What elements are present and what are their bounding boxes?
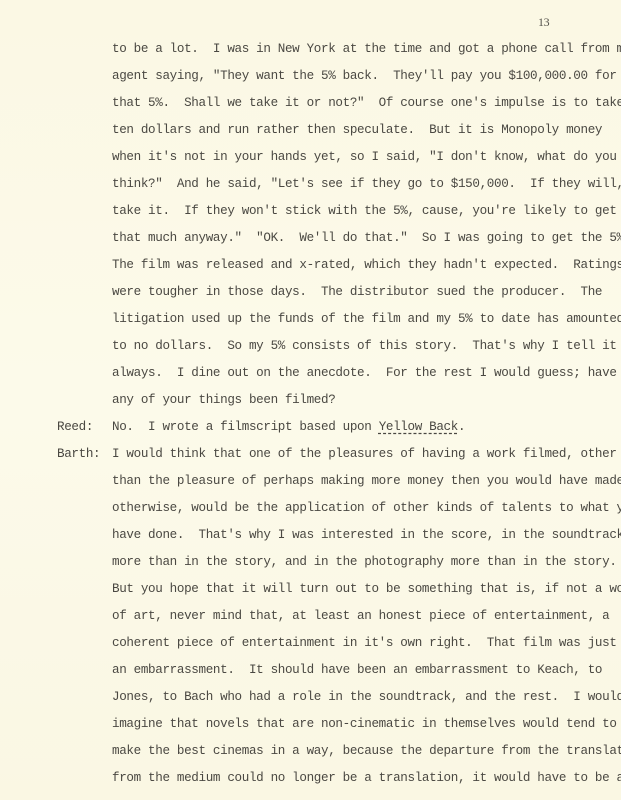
text-line: make the best cinemas in a way, because …	[112, 743, 621, 759]
text-line: otherwise, would be the application of o…	[112, 500, 621, 516]
text-line: think?" And he said, "Let's see if they …	[112, 176, 621, 192]
speaker-label-barth: Barth:	[57, 446, 100, 462]
text-line: always. I dine out on the anecdote. For …	[112, 365, 617, 381]
line-suffix: .	[458, 420, 465, 434]
page-number: 13	[538, 15, 549, 30]
text-line: No. I wrote a filmscript based upon Yell…	[112, 419, 465, 435]
text-line: take it. If they won't stick with the 5%…	[112, 203, 617, 219]
text-line: litigation used up the funds of the film…	[112, 311, 621, 327]
text-line: when it's not in your hands yet, so I sa…	[112, 149, 617, 165]
text-line: to no dollars. So my 5% consists of this…	[112, 338, 617, 354]
text-line: coherent piece of entertainment in it's …	[112, 635, 617, 651]
document-page: 13 to be a lot. I was in New York at the…	[0, 0, 621, 800]
text-line: an embarrassment. It should have been an…	[112, 662, 602, 678]
speaker-label-reed: Reed:	[57, 419, 93, 435]
text-line: more than in the story, and in the photo…	[112, 554, 617, 570]
text-line: imagine that novels that are non-cinemat…	[112, 716, 617, 732]
text-line: ten dollars and run rather then speculat…	[112, 122, 602, 138]
text-line: from the medium could no longer be a tra…	[112, 770, 621, 786]
text-line: any of your things been filmed?	[112, 392, 335, 408]
text-line: I would think that one of the pleasures …	[112, 446, 617, 462]
text-line: to be a lot. I was in New York at the ti…	[112, 41, 621, 57]
book-title: Yellow Back	[379, 420, 458, 434]
text-line: have done. That's why I was interested i…	[112, 527, 621, 543]
text-line: were tougher in those days. The distribu…	[112, 284, 602, 300]
text-line: that 5%. Shall we take it or not?" Of co…	[112, 95, 621, 111]
text-line: agent saying, "They want the 5% back. Th…	[112, 68, 617, 84]
text-line: of art, never mind that, at least an hon…	[112, 608, 609, 624]
text-line: The film was released and x-rated, which…	[112, 257, 621, 273]
text-line: than the pleasure of perhaps making more…	[112, 473, 621, 489]
text-line: Jones, to Bach who had a role in the sou…	[112, 689, 621, 705]
line-prefix: No. I wrote a filmscript based upon	[112, 420, 379, 434]
text-line: that much anyway." "OK. We'll do that." …	[112, 230, 621, 246]
text-line: But you hope that it will turn out to be…	[112, 581, 621, 597]
